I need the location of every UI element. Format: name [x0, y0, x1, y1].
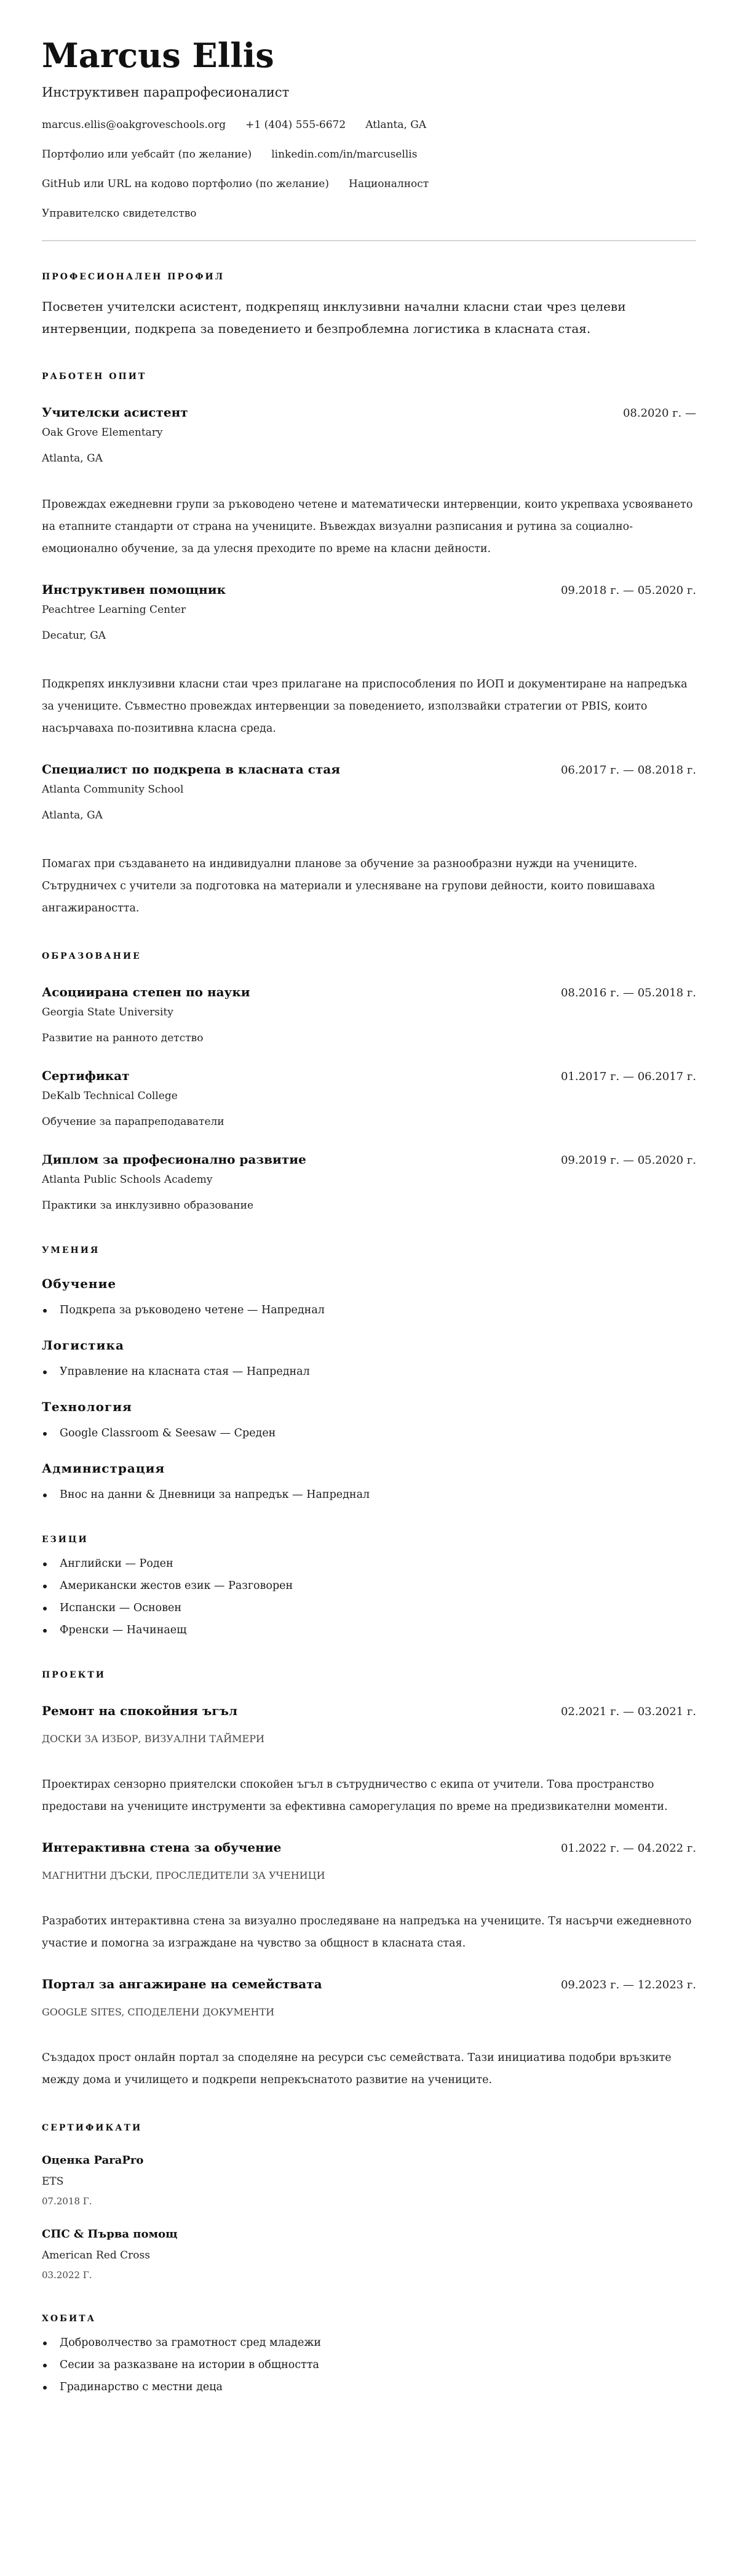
experience-list: Учителски асистент08.2020 г. —Oak Grove …: [42, 404, 696, 919]
certification-entry: Оценка ParaProETS07.2018 г.: [42, 2153, 696, 2208]
skill-list: Внос на данни & Дневници за напредък — Н…: [42, 1487, 696, 1503]
degree-title: Асоциирана степен по науки: [42, 983, 250, 1001]
project-entry: Интерактивна стена за обучение01.2022 г.…: [42, 1839, 696, 1954]
project-date: 09.2023 г. — 12.2023 г.: [561, 1977, 696, 1994]
candidate-headline: Инструктивен парапрофесионалист: [42, 84, 696, 101]
skill-item: Управление на класната стая — Напреднал: [42, 1364, 696, 1380]
skill-item: Подкрепа за ръководено четене — Напредна…: [42, 1302, 696, 1318]
section-title-projects: Проекти: [42, 1669, 696, 1681]
skills-list: ОбучениеПодкрепа за ръководено четене — …: [42, 1275, 696, 1503]
certification-issuer: ETS: [42, 2174, 696, 2190]
project-title: Интерактивна стена за обучение: [42, 1839, 281, 1856]
entry-header: Учителски асистент08.2020 г. —: [42, 404, 696, 422]
degree-title: Диплом за професионално развитие: [42, 1151, 306, 1168]
entry-header: Специалист по подкрепа в класната стая06…: [42, 761, 696, 779]
education-entry: Диплом за професионално развитие09.2019 …: [42, 1151, 696, 1214]
school-name: DeKalb Technical College: [42, 1088, 696, 1104]
job-date: 08.2020 г. —: [623, 405, 696, 422]
contact-portfolio[interactable]: Портфолио или уебсайт (по желание): [42, 146, 252, 162]
hobby-item: Градинарство с местни деца: [42, 2379, 696, 2395]
contact-location: Atlanta, GA: [365, 117, 426, 133]
summary-section: Професионален профил Посветен учителски …: [42, 271, 696, 340]
language-item: Английски — Роден: [42, 1556, 696, 1572]
certification-date: 07.2018 г.: [42, 2194, 696, 2208]
candidate-name: Marcus Ellis: [42, 36, 696, 75]
section-title-education: Образование: [42, 950, 696, 962]
entry-header: Сертификат01.2017 г. — 06.2017 г.: [42, 1067, 696, 1086]
hobby-item: Доброволчество за грамотност сред младеж…: [42, 2335, 696, 2351]
contact-row: marcus.ellis@oakgroveschools.org +1 (404…: [42, 117, 696, 146]
project-entry: Ремонт на спокойния ъгъл02.2021 г. — 03.…: [42, 1702, 696, 1818]
project-title: Портал за ангажиране на семействата: [42, 1975, 322, 1993]
job-location: Atlanta, GA: [42, 450, 696, 466]
section-title-skills: Умения: [42, 1244, 696, 1257]
section-title-languages: Езици: [42, 1534, 696, 1546]
language-item: Испански — Основен: [42, 1600, 696, 1616]
job-title: Инструктивен помощник: [42, 581, 226, 598]
education-date: 09.2019 г. — 05.2020 г.: [561, 1152, 696, 1169]
entry-header: Интерактивна стена за обучение01.2022 г.…: [42, 1839, 696, 1857]
education-entry: Асоциирана степен по науки08.2016 г. — 0…: [42, 983, 696, 1046]
contact-github[interactable]: GitHub или URL на кодово портфолио (по ж…: [42, 176, 329, 192]
entry-header: Диплом за професионално развитие09.2019 …: [42, 1151, 696, 1169]
contact-row: GitHub или URL на кодово портфолио (по ж…: [42, 176, 696, 206]
contact-email[interactable]: marcus.ellis@oakgroveschools.org: [42, 117, 226, 133]
entry-header: Ремонт на спокойния ъгъл02.2021 г. — 03.…: [42, 1702, 696, 1721]
resume-page: Marcus Ellis Инструктивен парапрофесиона…: [0, 0, 738, 2438]
projects-list: Ремонт на спокойния ъгъл02.2021 г. — 03.…: [42, 1702, 696, 2091]
job-description: Помагах при създаването на индивидуални …: [42, 853, 696, 919]
entry-header: Портал за ангажиране на семействата09.20…: [42, 1975, 696, 1994]
summary-text: Посветен учителски асистент, подкрепящ и…: [42, 295, 696, 340]
job-description: Провеждах ежедневни групи за ръководено …: [42, 494, 696, 560]
hobbies-list: Доброволчество за грамотност сред младеж…: [42, 2335, 696, 2395]
skill-category: Технология: [42, 1398, 696, 1415]
contact-row: Управителско свидетелство: [42, 206, 696, 235]
job-location: Decatur, GA: [42, 628, 696, 644]
school-name: Georgia State University: [42, 1004, 696, 1020]
degree-title: Сертификат: [42, 1067, 130, 1084]
job-date: 06.2017 г. — 08.2018 г.: [561, 762, 696, 779]
contact-phone[interactable]: +1 (404) 555-6672: [245, 117, 346, 133]
contact-row: Портфолио или уебсайт (по желание) linke…: [42, 146, 696, 176]
certifications-section: Сертификати Оценка ParaProETS07.2018 г.С…: [42, 2122, 696, 2282]
language-item: Френски — Начинаещ: [42, 1622, 696, 1638]
section-title-certifications: Сертификати: [42, 2122, 696, 2134]
experience-entry: Учителски асистент08.2020 г. —Oak Grove …: [42, 404, 696, 560]
project-date: 01.2022 г. — 04.2022 г.: [561, 1840, 696, 1857]
job-date: 09.2018 г. — 05.2020 г.: [561, 582, 696, 599]
entry-header: Инструктивен помощник09.2018 г. — 05.202…: [42, 581, 696, 599]
field-of-study: Практики за инклузивно образование: [42, 1198, 696, 1214]
certification-entry: СПС & Първа помощAmerican Red Cross03.20…: [42, 2226, 696, 2282]
field-of-study: Обучение за парапреподаватели: [42, 1114, 696, 1130]
languages-section: Езици Английски — РоденАмерикански жесто…: [42, 1534, 696, 1638]
contact-nationality: Националност: [349, 176, 429, 192]
job-company: Atlanta Community School: [42, 782, 696, 798]
job-company: Peachtree Learning Center: [42, 602, 696, 618]
resume-header: Marcus Ellis Инструктивен парапрофесиона…: [42, 36, 696, 241]
experience-entry: Специалист по подкрепа в класната стая06…: [42, 761, 696, 919]
contact-driving-license: Управителско свидетелство: [42, 206, 197, 222]
skill-list: Подкрепа за ръководено четене — Напредна…: [42, 1302, 696, 1318]
education-entry: Сертификат01.2017 г. — 06.2017 г.DeKalb …: [42, 1067, 696, 1130]
skill-list: Google Classroom & Seesaw — Среден: [42, 1425, 696, 1441]
project-date: 02.2021 г. — 03.2021 г.: [561, 1703, 696, 1721]
experience-section: Работен опит Учителски асистент08.2020 г…: [42, 370, 696, 919]
project-title: Ремонт на спокойния ъгъл: [42, 1702, 237, 1719]
job-title: Учителски асистент: [42, 404, 188, 421]
skill-category: Администрация: [42, 1460, 696, 1477]
languages-list: Английски — РоденАмерикански жестов език…: [42, 1556, 696, 1638]
education-section: Образование Асоциирана степен по науки08…: [42, 950, 696, 1214]
project-description: Разработих интерактивна стена за визуалн…: [42, 1910, 696, 1954]
skill-category: Обучение: [42, 1275, 696, 1292]
section-title-summary: Професионален профил: [42, 271, 696, 283]
job-company: Oak Grove Elementary: [42, 425, 696, 441]
skill-item: Внос на данни & Дневници за напредък — Н…: [42, 1487, 696, 1503]
certification-name: Оценка ParaPro: [42, 2153, 696, 2169]
certification-name: СПС & Първа помощ: [42, 2226, 696, 2242]
section-title-hobbies: Хобита: [42, 2313, 696, 2325]
school-name: Atlanta Public Schools Academy: [42, 1172, 696, 1188]
project-tech: Google Sites, споделени документи: [42, 2005, 696, 2020]
language-item: Американски жестов език — Разговорен: [42, 1578, 696, 1594]
section-title-experience: Работен опит: [42, 370, 696, 383]
certification-issuer: American Red Cross: [42, 2247, 696, 2263]
hobby-item: Сесии за разказване на истории в общност…: [42, 2357, 696, 2373]
project-tech: Магнитни дъски, проследители за ученици: [42, 1868, 696, 1883]
job-title: Специалист по подкрепа в класната стая: [42, 761, 340, 778]
skill-item: Google Classroom & Seesaw — Среден: [42, 1425, 696, 1441]
contact-linkedin[interactable]: linkedin.com/in/marcusellis: [271, 146, 417, 162]
entry-header: Асоциирана степен по науки08.2016 г. — 0…: [42, 983, 696, 1002]
skills-section: Умения ОбучениеПодкрепа за ръководено че…: [42, 1244, 696, 1503]
job-description: Подкрепях инклузивни класни стаи чрез пр…: [42, 673, 696, 740]
skill-list: Управление на класната стая — Напреднал: [42, 1364, 696, 1380]
hobbies-section: Хобита Доброволчество за грамотност сред…: [42, 2313, 696, 2395]
header-divider: [42, 240, 696, 241]
skill-category: Логистика: [42, 1337, 696, 1354]
project-entry: Портал за ангажиране на семействата09.20…: [42, 1975, 696, 2091]
certification-date: 03.2022 г.: [42, 2268, 696, 2282]
education-list: Асоциирана степен по науки08.2016 г. — 0…: [42, 983, 696, 1214]
projects-section: Проекти Ремонт на спокойния ъгъл02.2021 …: [42, 1669, 696, 2091]
experience-entry: Инструктивен помощник09.2018 г. — 05.202…: [42, 581, 696, 740]
contact-info: marcus.ellis@oakgroveschools.org +1 (404…: [42, 117, 696, 235]
education-date: 08.2016 г. — 05.2018 г.: [561, 985, 696, 1002]
project-description: Създадох прост онлайн портал за споделян…: [42, 2047, 696, 2091]
project-description: Проектирах сензорно приятелски спокойен …: [42, 1774, 696, 1818]
education-date: 01.2017 г. — 06.2017 г.: [561, 1068, 696, 1086]
job-location: Atlanta, GA: [42, 807, 696, 823]
project-tech: Доски за избор, визуални таймери: [42, 1732, 696, 1746]
certifications-list: Оценка ParaProETS07.2018 г.СПС & Първа п…: [42, 2153, 696, 2282]
field-of-study: Развитие на ранното детство: [42, 1030, 696, 1046]
